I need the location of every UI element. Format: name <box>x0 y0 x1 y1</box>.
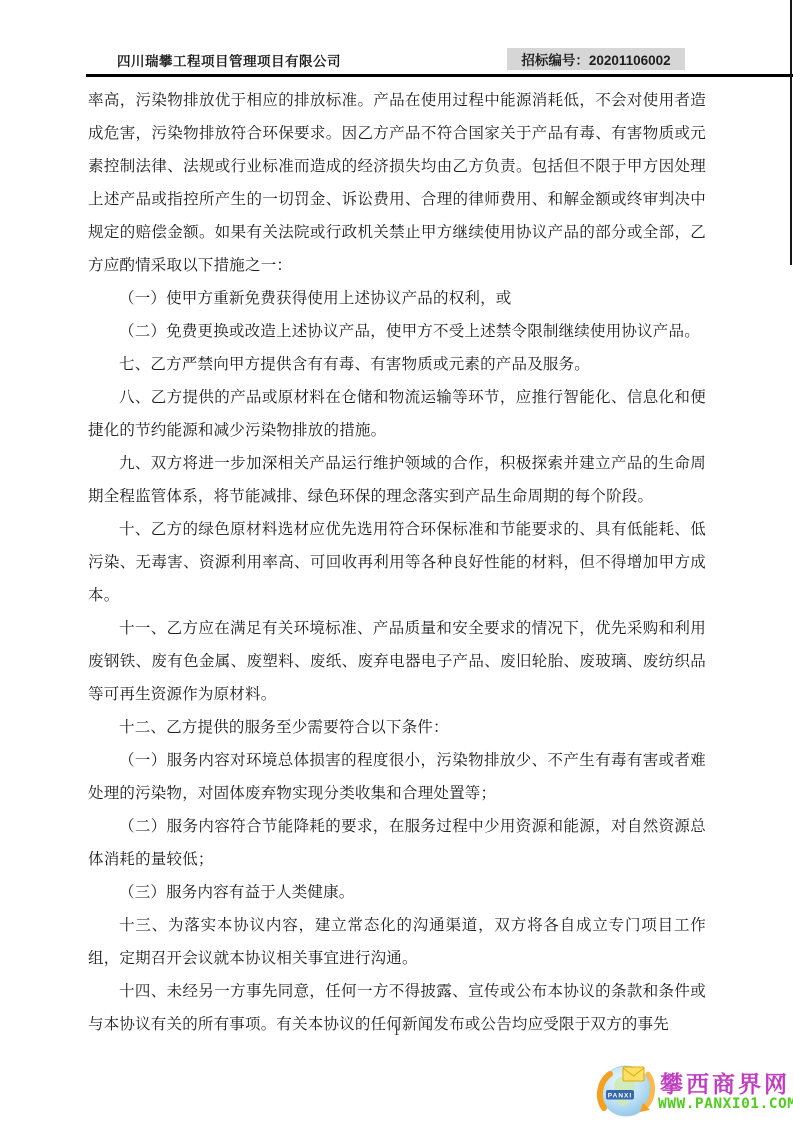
paragraph: 八、乙方提供的产品或原材料在仓储和物流运输等环节，应推行智能化、信息化和便捷化的… <box>88 381 706 447</box>
panxi-globe-logo: PANXI <box>596 1060 658 1122</box>
paragraph: （一）服务内容对环境总体损害的程度很小，污染物排放少、不产生有毒有害或者难处理的… <box>88 744 706 810</box>
document-page: 四川瑞攀工程项目管理项目有限公司 招标编号：20201106002 率高，污染物… <box>0 0 793 1122</box>
page-number: 1 <box>0 1024 793 1039</box>
site-watermark: PANXI 攀西商界网 WWW.PANXI01.COM <box>596 1058 793 1122</box>
header-rule <box>86 74 793 77</box>
watermark-site-url: WWW.PANXI01.COM <box>658 1096 793 1112</box>
document-body: 率高，污染物排放优于相应的排放标准。产品在使用过程中能源消耗低，不会对使用者造成… <box>88 84 706 1041</box>
header-bid-number: 招标编号：20201106002 <box>507 48 685 70</box>
paragraph: （二）服务内容符合节能降耗的要求，在服务过程中少用资源和能源，对自然资源总体消耗… <box>88 810 706 876</box>
paragraph: 十一、乙方应在满足有关环境标准、产品质量和安全要求的情况下，优先采购和利用废钢铁… <box>88 612 706 711</box>
paragraph: 率高，污染物排放优于相应的排放标准。产品在使用过程中能源消耗低，不会对使用者造成… <box>88 84 706 282</box>
paragraph: （三）服务内容有益于人类健康。 <box>88 876 706 909</box>
envelope-icon <box>623 1067 644 1081</box>
paragraph: 十、乙方的绿色原材料选材应优先选用符合环保标准和节能要求的、具有低能耗、低污染、… <box>88 513 706 612</box>
paragraph: 七、乙方严禁向甲方提供含有有毒、有害物质或元素的产品及服务。 <box>88 348 706 381</box>
watermark-site-name: 攀西商界网 <box>660 1066 793 1099</box>
panxi-banner: PANXI <box>606 1090 634 1100</box>
paragraph: 九、双方将进一步加深相关产品运行维护领域的合作，积极探索并建立产品的生命周期全程… <box>88 447 706 513</box>
paragraph: 十二、乙方提供的服务至少需要符合以下条件： <box>88 711 706 744</box>
paragraph: （二）免费更换或改造上述协议产品，使甲方不受上述禁令限制继续使用协议产品。 <box>88 315 706 348</box>
panxi-logo-text: PANXI <box>608 1092 632 1099</box>
paragraph: （一）使甲方重新免费获得使用上述协议产品的权利，或 <box>88 282 706 315</box>
bid-number-label: 招标编号：20201106002 <box>521 49 670 69</box>
page-edge-scan-line <box>790 0 792 265</box>
header-company-name: 四川瑞攀工程项目管理项目有限公司 <box>117 50 341 70</box>
paragraph: 十三、为落实本协议内容，建立常态化的沟通渠道，双方将各自成立专门项目工作组，定期… <box>88 909 706 975</box>
